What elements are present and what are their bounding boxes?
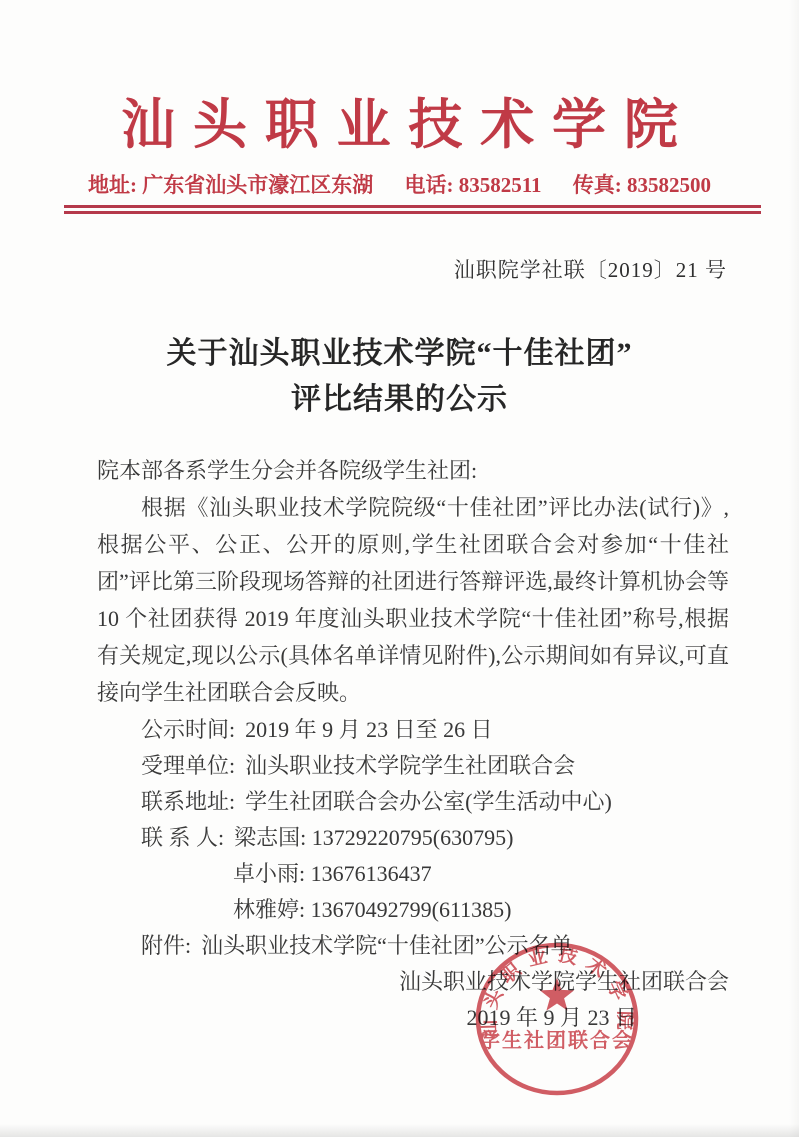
salutation: 院本部各系学生分会并各院级学生社团: [97, 452, 729, 489]
scan-edge-artifact [789, 0, 799, 1137]
document-title: 关于汕头职业技术学院“十佳社团” 评比结果的公示 [0, 331, 799, 423]
letterhead-address: 地址: 广东省汕头市濠江区东湖 [88, 173, 373, 197]
letterhead-contact-line: 地址: 广东省汕头市濠江区东湖 电话: 83582511 传真: 8358250… [0, 169, 799, 199]
letterhead-fax: 传真: 83582500 [573, 173, 711, 197]
detail-contact-address: 联系地址:学生社团联合会办公室(学生活动中心) [97, 784, 729, 820]
detail-label: 公示时间: [141, 717, 235, 742]
detail-value: 卓小雨: 13676136437 [233, 861, 432, 886]
detail-publicity-time: 公示时间:2019 年 9 月 23 日至 26 日 [97, 712, 729, 748]
main-paragraph: 根据《汕头职业技术学院院级“十佳社团”评比办法(试行)》,根据公平、公正、公开的… [97, 489, 729, 711]
document-title-line1: 关于汕头职业技术学院“十佳社团” [0, 331, 799, 377]
detail-value: 学生社团联合会办公室(学生活动中心) [245, 789, 612, 814]
signature-organization: 汕头职业技术学院学生社团联合会 [97, 964, 729, 1000]
letterhead-phone: 电话: 83582511 [404, 173, 541, 197]
detail-value: 2019 年 9 月 23 日至 26 日 [245, 717, 493, 742]
detail-label: 受理单位: [141, 753, 235, 778]
detail-label: 附件: [141, 933, 191, 958]
document-page: 汕头职业技术学院 地址: 广东省汕头市濠江区东湖 电话: 83582511 传真… [0, 0, 799, 1137]
signature-date: 2019 年 9 月 23 日 [97, 1000, 729, 1036]
detail-value: 林雅婷: 13670492799(611385) [233, 897, 511, 922]
detail-accepting-unit: 受理单位:汕头职业技术学院学生社团联合会 [97, 748, 729, 784]
document-title-line2: 评比结果的公示 [0, 377, 799, 423]
detail-contact-person-2: 卓小雨: 13676136437 [97, 856, 729, 892]
detail-label: 联 系 人: [141, 825, 224, 850]
letterhead-divider-rule [64, 205, 761, 214]
detail-value: 汕头职业技术学院学生社团联合会 [245, 753, 575, 778]
detail-label: 联系地址: [141, 789, 235, 814]
letterhead-school-name: 汕头职业技术学院 [0, 82, 799, 159]
document-number: 汕职院学社联〔2019〕21 号 [0, 254, 727, 284]
detail-list: 公示时间:2019 年 9 月 23 日至 26 日 受理单位:汕头职业技术学院… [97, 712, 729, 964]
detail-contact-person-3: 林雅婷: 13670492799(611385) [97, 892, 729, 928]
detail-attachment: 附件:汕头职业技术学院“十佳社团”公示名单 [97, 928, 729, 964]
detail-contact-person-1: 联 系 人:梁志国: 13729220795(630795) [97, 820, 729, 856]
document-body: 院本部各系学生分会并各院级学生社团: 根据《汕头职业技术学院院级“十佳社团”评比… [97, 452, 729, 1036]
scan-bottom-shadow [0, 1124, 799, 1137]
detail-value: 汕头职业技术学院“十佳社团”公示名单 [201, 933, 573, 958]
detail-value: 梁志国: 13729220795(630795) [234, 825, 513, 850]
